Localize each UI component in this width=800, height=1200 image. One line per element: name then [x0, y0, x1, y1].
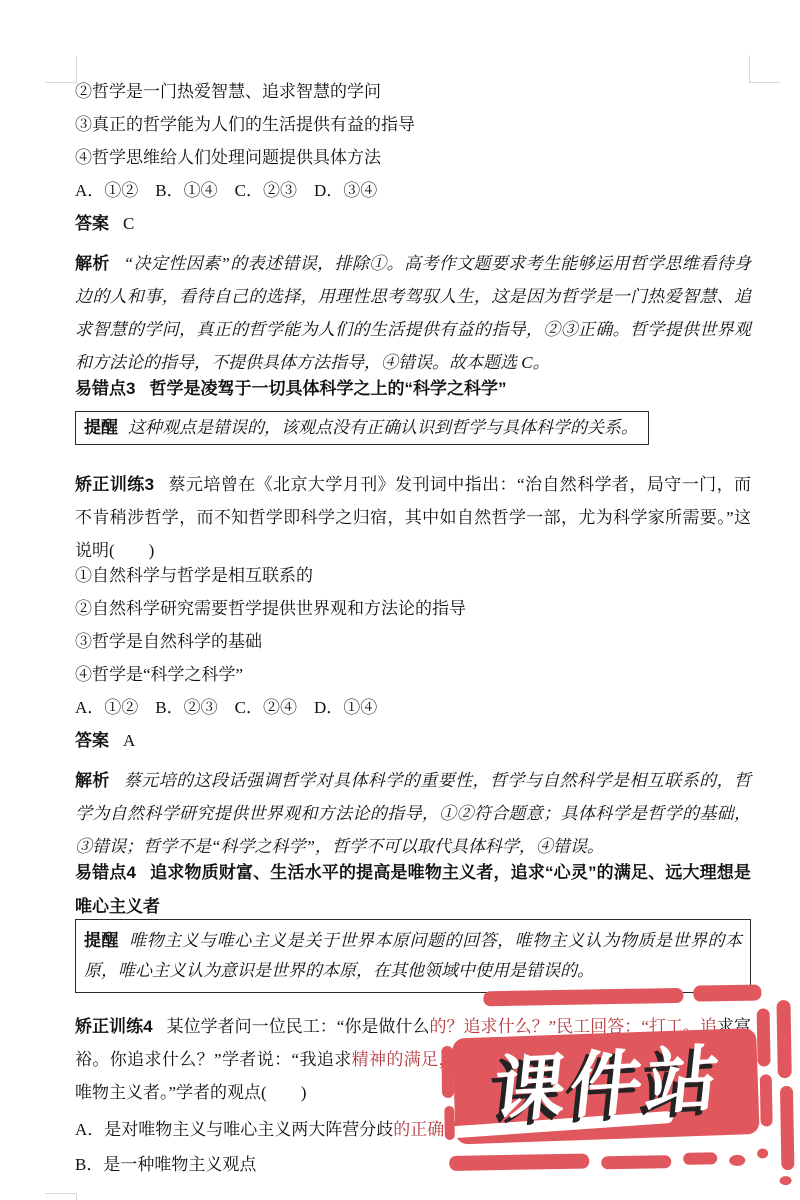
stamp-border-stroke	[683, 1152, 717, 1165]
page-margin-mark-top-right-h	[749, 82, 780, 83]
stamp-text: 课件站	[452, 1029, 764, 1145]
answer-value: C	[123, 214, 134, 233]
error-point-4-heading: 易错点4追求物质财富、生活水平的提高是唯物主义者，追求“心灵”的满足、远大理想是…	[75, 856, 751, 924]
training-4-text-1: 某位学者问一位民工：“你是做什么	[167, 1017, 430, 1036]
stamp-border-stroke	[441, 1046, 454, 1098]
page-margin-mark-bottom-left-h	[45, 1193, 77, 1194]
error-point-3-title: 哲学是凌驾于一切具体科学之上的“科学之科学”	[149, 379, 506, 398]
t3-option-4: ④哲学是“科学之科学”	[75, 665, 751, 685]
page-margin-mark-top-right-v	[749, 55, 750, 83]
stamp-border-stroke	[693, 984, 761, 1001]
error-point-3-label: 易错点3	[75, 379, 135, 398]
page-margin-mark-top-left-h	[45, 82, 77, 83]
reminder-label: 提醒	[84, 931, 119, 950]
kejianzhan-watermark-stamp: 课件站	[438, 982, 798, 1198]
reminder-text: 唯物主义与唯心主义是关于世界本原问题的回答，唯物主义认为物质是世界的本原，唯心主…	[84, 931, 742, 980]
error-point-3-heading: 易错点3哲学是凌驾于一切具体科学之上的“科学之科学”	[75, 379, 751, 399]
q3-analysis-paragraph: 解析“决定性因素”的表述错误，排除①。高考作文题要求考生能够运用哲学思维看待身边…	[75, 247, 751, 379]
q3-option-2: ②哲学是一门热爱智慧、追求智慧的学问	[75, 82, 751, 102]
t3-analysis-paragraph: 解析蔡元培的这段话强调哲学对具体科学的重要性，哲学与自然科学是相互联系的，哲学为…	[75, 764, 751, 863]
q3-answer-line: 答案C	[75, 214, 751, 234]
analysis-text: “决定性因素”的表述错误，排除①。高考作文题要求考生能够运用哲学思维看待身边的人…	[75, 254, 751, 372]
stamp-border-stroke	[449, 1154, 589, 1171]
analysis-label: 解析	[75, 771, 110, 790]
error-point-4-label: 易错点4	[75, 863, 136, 882]
t3-choices: A．①② B．②③ C．②④ D．①④	[75, 698, 751, 718]
q3-option-4: ④哲学思维给人们处理问题提供具体方法	[75, 148, 751, 168]
answer-label: 答案	[75, 214, 109, 233]
t3-answer-line: 答案A	[75, 731, 751, 751]
document-page: ②哲学是一门热爱智慧、追求智慧的学问 ③真正的哲学能为人们的生活提供有益的指导 …	[0, 0, 800, 1200]
training-3-label: 矫正训练3	[75, 475, 154, 494]
q3-option-3: ③真正的哲学能为人们的生活提供有益的指导	[75, 115, 751, 135]
t3-option-3: ③哲学是自然科学的基础	[75, 632, 751, 652]
analysis-label: 解析	[75, 254, 110, 273]
training-3-stem: 矫正训练3蔡元培曾在《北京大学月刊》发刊词中指出：“治自然科学者，局守一门，而不…	[75, 468, 751, 567]
reminder-label: 提醒	[84, 418, 118, 437]
reminder-box-1: 提醒这种观点是错误的，该观点没有正确认识到哲学与具体科学的关系。	[75, 411, 649, 445]
stamp-border-dot	[780, 1176, 792, 1185]
stamp-border-stroke	[780, 1086, 794, 1170]
stamp-border-dot	[757, 1148, 768, 1158]
t3-option-1: ①自然科学与哲学是相互联系的	[75, 566, 751, 586]
reminder-box-2: 提醒唯物主义与唯心主义是关于世界本原问题的回答，唯物主义认为物质是世界的本原，唯…	[75, 919, 751, 993]
stamp-border-stroke	[601, 1155, 671, 1169]
stamp-border-stroke	[483, 988, 683, 1006]
training-3-text: 蔡元培曾在《北京大学月刊》发刊词中指出：“治自然科学者，局守一门，而不肯稍涉哲学…	[75, 475, 751, 560]
analysis-text: 蔡元培的这段话强调哲学对具体科学的重要性，哲学与自然科学是相互联系的，哲学为自然…	[75, 771, 751, 856]
answer-value: A	[123, 731, 135, 750]
answer-label: 答案	[75, 731, 109, 750]
page-margin-mark-top-left-v	[76, 56, 77, 83]
t3-option-2: ②自然科学研究需要哲学提供世界观和方法论的指导	[75, 599, 751, 619]
error-point-4-title: 追求物质财富、生活水平的提高是唯物主义者，追求“心灵”的满足、远大理想是唯心主义…	[75, 863, 751, 916]
page-margin-mark-bottom-left-v	[76, 1193, 77, 1200]
reminder-text: 这种观点是错误的，该观点没有正确认识到哲学与具体科学的关系。	[128, 418, 638, 437]
stamp-border-stroke	[760, 1074, 773, 1126]
q3-choices: A．①② B．①④ C．②③ D．③④	[75, 181, 751, 201]
stamp-border-stroke	[776, 1000, 791, 1078]
t4-option-a-text: A．是对唯物主义与唯心主义两大阵营分歧	[75, 1120, 393, 1139]
stamp-border-dot	[729, 1155, 745, 1166]
training-4-label: 矫正训练4	[75, 1017, 153, 1036]
